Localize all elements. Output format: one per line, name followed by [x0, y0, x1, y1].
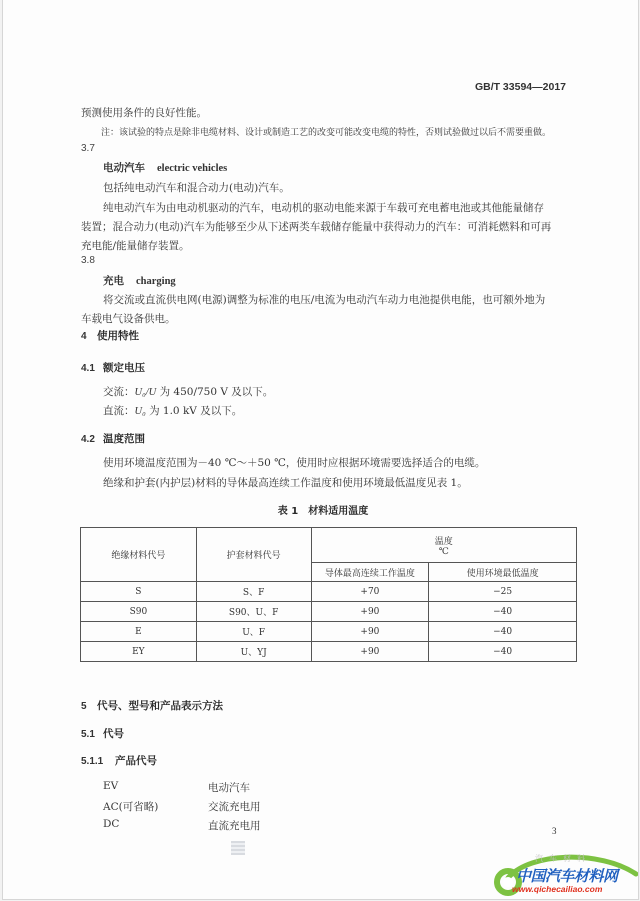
paragraph-line: 充电能/能量储存装置。 [81, 238, 190, 253]
section-heading-5: 5代号、型号和产品表示方法 [81, 698, 223, 713]
meaning-EV: 电动汽车 [208, 780, 250, 795]
section-heading-4-1: 4.1额定电压 [81, 360, 145, 375]
table-row: E U、F +90 −40 [81, 622, 577, 642]
term-cn: 电动汽车 [103, 162, 145, 174]
definition-line: 包括纯电动汽车和混合动力(电动)汽车。 [103, 180, 290, 195]
dc-voltage-line: 直流：U₀ 为 1.0 kV 及以下。 [103, 403, 242, 418]
table-material-temperature: 绝缘材料代号 护套材料代号 温度 ℃ 导体最高连续工作温度 使用环境最低温度 S… [80, 527, 577, 662]
ac-voltage-line: 交流：U₀/U 为 450/750 V 及以下。 [103, 384, 273, 399]
paragraph-line: 纯电动汽车为由电动机驱动的汽车，电动机的驱动电能来源于车载可充电蓄电池或其他能量… [103, 200, 544, 215]
meaning-DC: 直流充电用 [208, 818, 261, 833]
term-cn: 充电 [103, 275, 124, 287]
table-row: S S、F +70 −25 [81, 582, 577, 602]
clause-number-3-8: 3.8 [81, 255, 95, 266]
code-EV: EV [103, 780, 118, 792]
header-min-temp: 使用环境最低温度 [429, 563, 577, 582]
code-AC: AC(可省略) [103, 799, 158, 814]
header-sheath-code: 护套材料代号 [196, 528, 311, 582]
section-heading-4-2: 4.2温度范围 [81, 431, 145, 446]
term-en: charging [136, 276, 176, 287]
paragraph-line: 装置；混合动力(电动)汽车为能够至少从下述两类车载储存能量中获得动力的汽车：可消… [81, 219, 551, 234]
header-insulation-code: 绝缘材料代号 [81, 528, 197, 582]
note: 注：该试验的特点是除非电缆材料、设计或制造工艺的改变可能改变电缆的特性，否则试验… [101, 125, 551, 138]
standard-number: GB/T 33594—2017 [475, 81, 566, 93]
section-heading-4: 4使用特性 [81, 328, 139, 343]
paragraph-line: 将交流或直流供电网(电源)调整为标准的电压/电流为电动汽车动力电池提供电能，也可… [103, 292, 545, 307]
header-temperature-group: 温度 ℃ [311, 528, 576, 563]
table-caption: 表 1 材料适用温度 [3, 502, 640, 517]
paragraph-line: 绝缘和护套(内护层)材料的导体最高连续工作温度和使用环境最低温度见表 1。 [103, 475, 468, 490]
table-row: S90 S90、U、F +90 −40 [81, 602, 577, 622]
term-electric-vehicles: 电动汽车electric vehicles [103, 160, 227, 175]
section-heading-5-1-1: 5.1.1产品代号 [81, 753, 157, 768]
page-number: 3 [552, 826, 557, 836]
section-heading-5-1: 5.1代号 [81, 726, 124, 741]
watermark-url: www.qichecailiao.com [512, 884, 602, 894]
clause-number-3-7: 3.7 [81, 143, 95, 154]
header-max-temp: 导体最高连续工作温度 [311, 563, 429, 582]
code-DC: DC [103, 818, 119, 830]
table-row: EY U、YJ +90 −40 [81, 642, 577, 662]
scan-artifact [231, 841, 245, 855]
paragraph-line: 车载电气设备供电。 [81, 311, 176, 326]
paragraph-line: 使用环境温度范围为－40 ℃～＋50 ℃，使用时应根据环境需要选择适合的电缆。 [103, 455, 485, 470]
meaning-AC: 交流充电用 [208, 799, 261, 814]
document-page: GB/T 33594—2017 预测使用条件的良好性能。 注：该试验的特点是除非… [2, 0, 639, 900]
watermark-faded-text: 汽车材料 [535, 853, 591, 864]
paragraph-continuation: 预测使用条件的良好性能。 [81, 105, 207, 120]
term-charging: 充电charging [103, 273, 176, 288]
term-en: electric vehicles [157, 163, 227, 174]
watermark-name: 中国汽车材料网 [516, 865, 618, 886]
